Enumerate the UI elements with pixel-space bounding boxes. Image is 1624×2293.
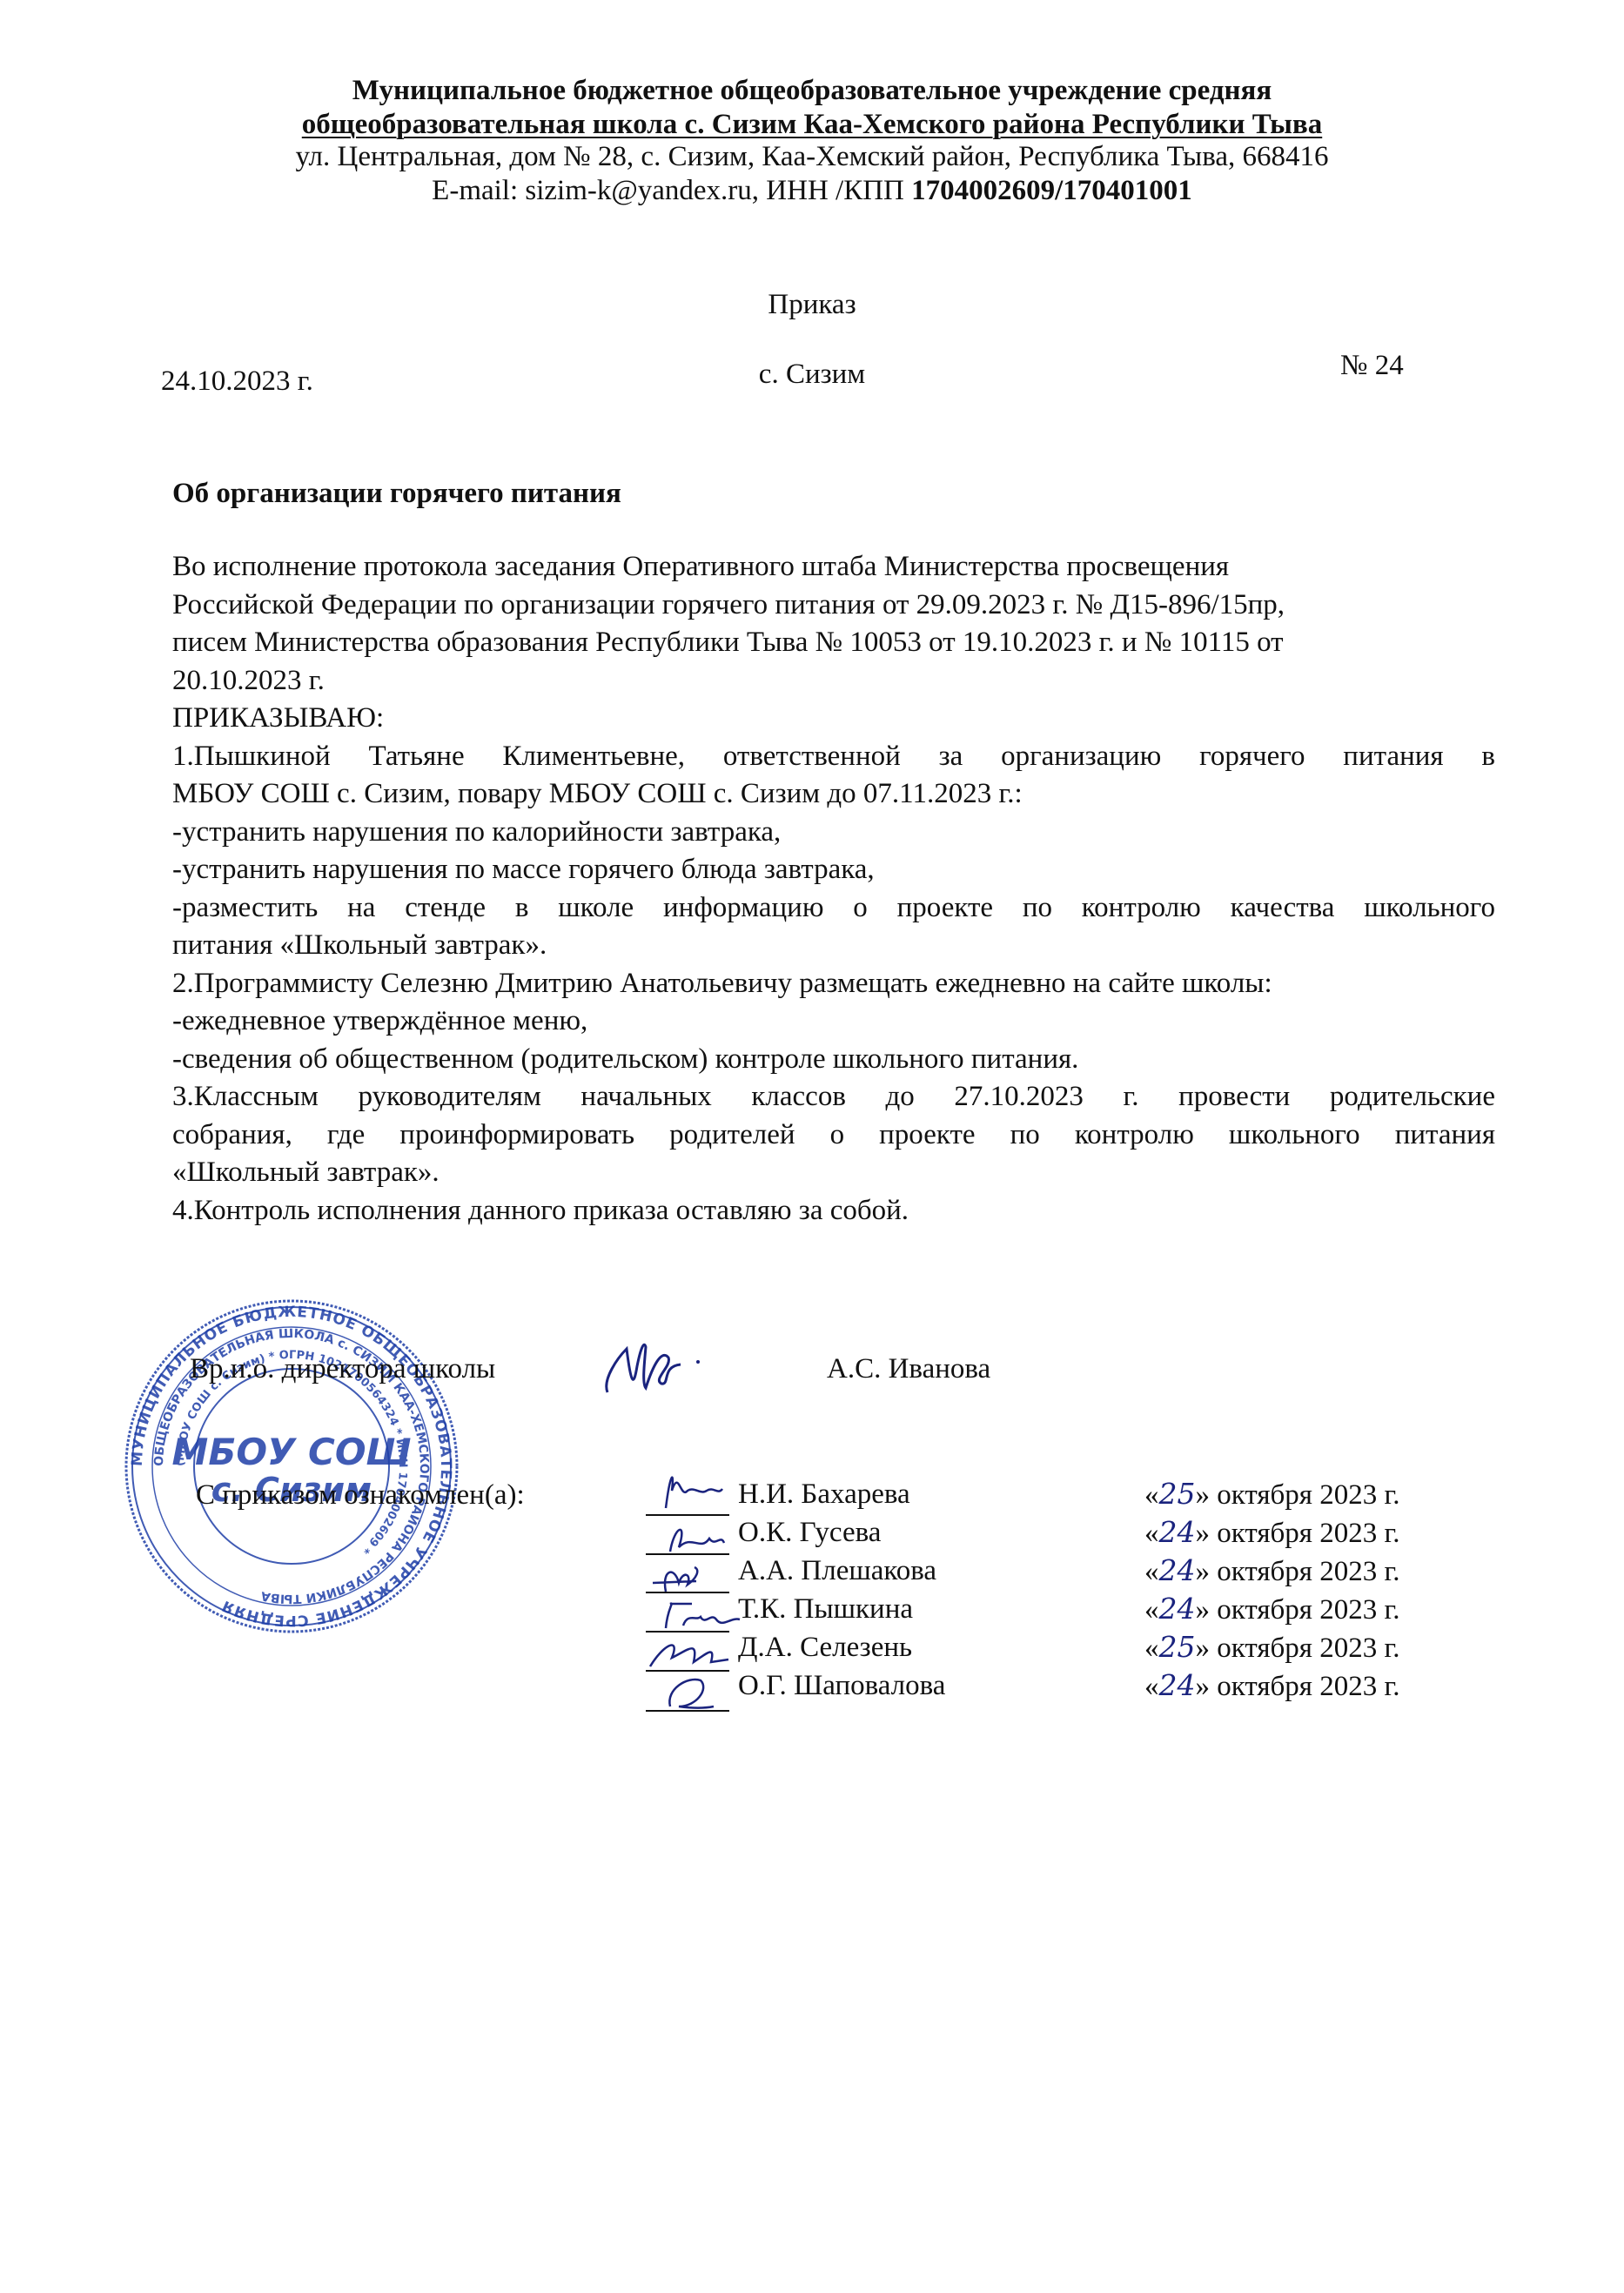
acknowledgement-date: «25» октября 2023 г.	[1144, 1477, 1400, 1512]
item-1-sub-2: -устранить нарушения по массе горячего б…	[172, 851, 1495, 889]
handwritten-signature-icon	[653, 1517, 731, 1557]
acknowledger-name: Д.А. Селезень	[738, 1630, 912, 1665]
acknowledger-name: Т.К. Пышкина	[738, 1592, 913, 1626]
item-1-line-a: 1.Пышкиной Татьяне Климентьевне, ответст…	[172, 738, 1495, 776]
signatory-position: Вр.и.о. директора школы	[190, 1351, 495, 1386]
director-signature-icon	[601, 1331, 731, 1397]
acknowledgement-date: «24» октября 2023 г.	[1144, 1553, 1400, 1589]
stamp-center-line1: МБОУ СОШ	[172, 1431, 412, 1473]
org-contacts: E-mail: sizim-k@yandex.ru, ИНН /КПП 1704…	[0, 173, 1624, 208]
acknowledgement-date: «24» октября 2023 г.	[1144, 1515, 1400, 1551]
item-1-sub-3-b: питания «Школьный завтрак».	[172, 927, 1495, 965]
item-3-line-b: собрания, где проинформировать родителей…	[172, 1116, 1495, 1155]
org-name-line1: Муниципальное бюджетное общеобразователь…	[0, 73, 1624, 108]
acknowledger-name: А.А. Плешакова	[738, 1553, 936, 1588]
acknowledger-name: О.Г. Шаповалова	[738, 1668, 945, 1703]
order-directive: ПРИКАЗЫВАЮ:	[172, 700, 1495, 738]
org-inn-codes: 1704002609/170401001	[911, 175, 1192, 206]
order-subject: Об организации горячего питания	[172, 476, 621, 511]
item-3-line-a: 3.Классным руководителям начальных класс…	[172, 1078, 1495, 1116]
item-1-line-b: МБОУ СОШ с. Сизим, повару МБОУ СОШ с. Си…	[172, 775, 1495, 814]
item-1-sub-3-a: -разместить на стенде в школе информацию…	[172, 889, 1495, 928]
org-name-line2-text: общеобразовательная школа с. Сизим Каа-Х…	[302, 109, 1322, 140]
handwritten-day: 24	[1159, 1592, 1196, 1626]
handwritten-signature-icon	[653, 1465, 731, 1513]
org-email-inn: E-mail: sizim-k@yandex.ru, ИНН /КПП	[432, 175, 911, 206]
order-body: Во исполнение протокола заседания Операт…	[172, 548, 1495, 1230]
item-3-line-c: «Школьный завтрак».	[172, 1154, 1495, 1192]
document-title: Приказ	[0, 287, 1624, 322]
acknowledgement-label: С приказом ознакомлен(а):	[196, 1478, 525, 1512]
item-2-sub-2: -сведения об общественном (родительском)…	[172, 1041, 1495, 1079]
official-stamp-icon: МУНИЦИПАЛЬНОЕ БЮДЖЕТНОЕ ОБЩЕОБРАЗОВАТЕЛЬ…	[124, 1299, 459, 1633]
org-address: ул. Центральная, дом № 28, с. Сизим, Каа…	[0, 139, 1624, 174]
handwritten-day: 25	[1159, 1630, 1196, 1664]
preamble-line: Российской Федерации по организации горя…	[172, 587, 1495, 625]
acknowledgement-date: «25» октября 2023 г.	[1144, 1630, 1400, 1666]
handwritten-signature-icon	[646, 1632, 733, 1672]
signature-line	[646, 1514, 729, 1516]
handwritten-day: 25	[1159, 1477, 1196, 1511]
acknowledgement-date: «24» октября 2023 г.	[1144, 1592, 1400, 1627]
item-2-sub-1: -ежедневное утверждённое меню,	[172, 1002, 1495, 1041]
director-name: А.С. Иванова	[827, 1351, 990, 1386]
acknowledgement-date: «24» октября 2023 г.	[1144, 1668, 1400, 1704]
handwritten-signature-icon	[657, 1672, 727, 1712]
acknowledgement-list: Н.И. Бахарева «25» октября 2023 г. О.К. …	[635, 1465, 1453, 1726]
acknowledger-name: Н.И. Бахарева	[738, 1477, 910, 1512]
handwritten-day: 24	[1159, 1668, 1196, 1702]
handwritten-day: 24	[1159, 1553, 1196, 1587]
item-4: 4.Контроль исполнения данного приказа ос…	[172, 1192, 1495, 1230]
order-number: № 24	[1340, 348, 1404, 383]
preamble-line: Во исполнение протокола заседания Операт…	[172, 548, 1495, 587]
acknowledger-name: О.К. Гусева	[738, 1515, 881, 1550]
item-1-sub-1: -устранить нарушения по калорийности зав…	[172, 814, 1495, 852]
preamble-line: 20.10.2023 г.	[172, 662, 1495, 701]
item-2: 2.Программисту Селезню Дмитрию Анатольев…	[172, 965, 1495, 1003]
preamble-line: писем Министерства образования Республик…	[172, 624, 1495, 662]
handwritten-signature-icon	[644, 1557, 722, 1597]
handwritten-day: 24	[1159, 1515, 1196, 1549]
handwritten-signature-icon	[648, 1595, 744, 1635]
org-name-line2: общеобразовательная школа с. Сизим Каа-Х…	[0, 107, 1624, 142]
